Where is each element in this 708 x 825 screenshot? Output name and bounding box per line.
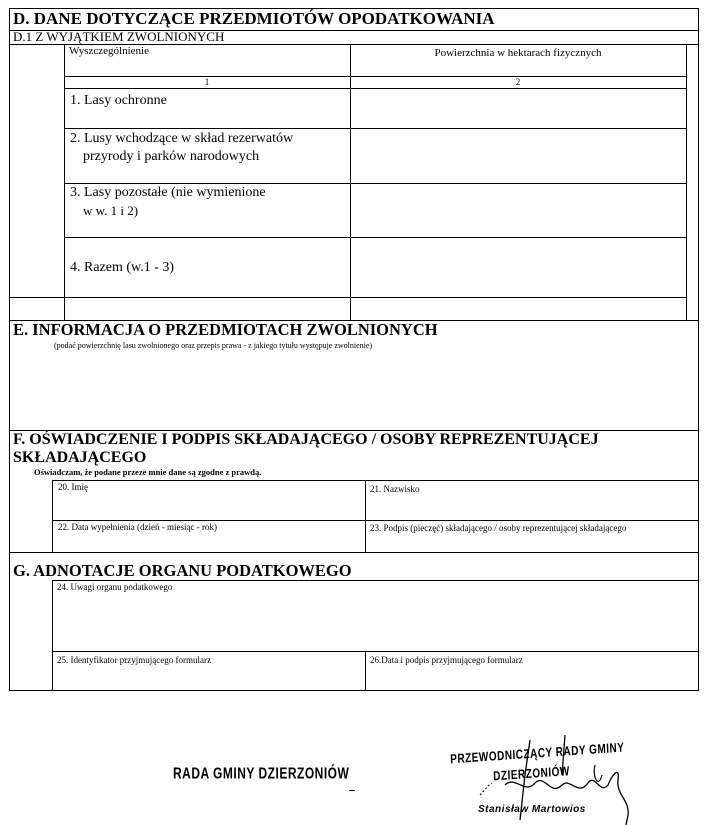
council-stamp-underline bbox=[349, 790, 355, 791]
row-label: 1. Lasy ochronne bbox=[70, 92, 167, 109]
section-g-title: G. ADNOTACJE ORGANU PODATKOWEGO bbox=[13, 562, 352, 580]
row-label: 2. Lusy wchodzące w skład rezerwatów bbox=[70, 130, 293, 147]
field-21-label: 21. Nazwisko bbox=[370, 484, 420, 494]
exempt-objects-input[interactable] bbox=[12, 352, 696, 428]
area-input-row-3[interactable] bbox=[352, 185, 685, 236]
signature-input[interactable] bbox=[368, 534, 696, 551]
field-23-label: 23. Podpis (pieczęć) składającego / osob… bbox=[370, 523, 626, 533]
field-25-label: 25. Identyfikator przyjmującego formular… bbox=[57, 655, 211, 665]
tax-office-remarks-input[interactable] bbox=[55, 593, 696, 649]
receiver-date-signature-input[interactable] bbox=[368, 666, 696, 689]
section-f-title-line2: SKŁADAJĄCEGO bbox=[13, 449, 146, 467]
area-input-total[interactable] bbox=[352, 239, 685, 296]
area-input-row-2[interactable] bbox=[352, 130, 685, 182]
section-e-note: (podać powierzchnię lasu zwolnionego ora… bbox=[54, 341, 372, 351]
field-26-label: 26.Data i podpis przyjmującego formularz bbox=[370, 655, 523, 665]
column-header-description: Wyszczególnienie bbox=[69, 45, 149, 57]
row-label-cont: w w. 1 i 2) bbox=[83, 202, 138, 219]
section-e-title: E. INFORMACJA O PRZEDMIOTACH ZWOLNIONYCH bbox=[13, 321, 438, 339]
section-f-title-line1: F. OŚWIADCZENIE I PODPIS SKŁADAJĄCEGO / … bbox=[13, 431, 599, 449]
first-name-input[interactable] bbox=[55, 493, 363, 518]
section-d1-subtitle: D.1 Z WYJĄTKIEM ZWOLNIONYCH bbox=[13, 30, 224, 44]
field-22-label: 22. Data wypełnienia (dzień - miesiąc - … bbox=[58, 522, 217, 532]
fill-date-input[interactable] bbox=[55, 533, 363, 551]
column-number-1: 1 bbox=[64, 77, 350, 87]
field-20-label: 20. Imię bbox=[58, 482, 88, 492]
receiver-id-input[interactable] bbox=[55, 666, 363, 689]
declaration-text: Oświadczam, że podane przeze mnie dane s… bbox=[34, 467, 261, 477]
area-input-row-1[interactable] bbox=[352, 90, 685, 127]
column-number-2: 2 bbox=[350, 77, 686, 87]
row-label-cont: przyrody i parków narodowych bbox=[83, 148, 259, 165]
last-name-input[interactable] bbox=[368, 495, 696, 518]
row-label: 3. Lasy pozostałe (nie wymienione bbox=[70, 184, 266, 201]
row-label: 4. Razem (w.1 - 3) bbox=[70, 259, 174, 276]
column-header-area: Powierzchnia w hektarach fizycznych bbox=[350, 47, 686, 59]
handwritten-signature-icon bbox=[470, 735, 670, 825]
council-stamp: RADA GMINY DZIERZONIÓW bbox=[173, 764, 349, 782]
field-24-label: 24. Uwagi organu podatkowego bbox=[57, 582, 172, 592]
section-d-title: D. DANE DOTYCZĄCE PRZEDMIOTÓW OPODATKOWA… bbox=[13, 10, 495, 28]
